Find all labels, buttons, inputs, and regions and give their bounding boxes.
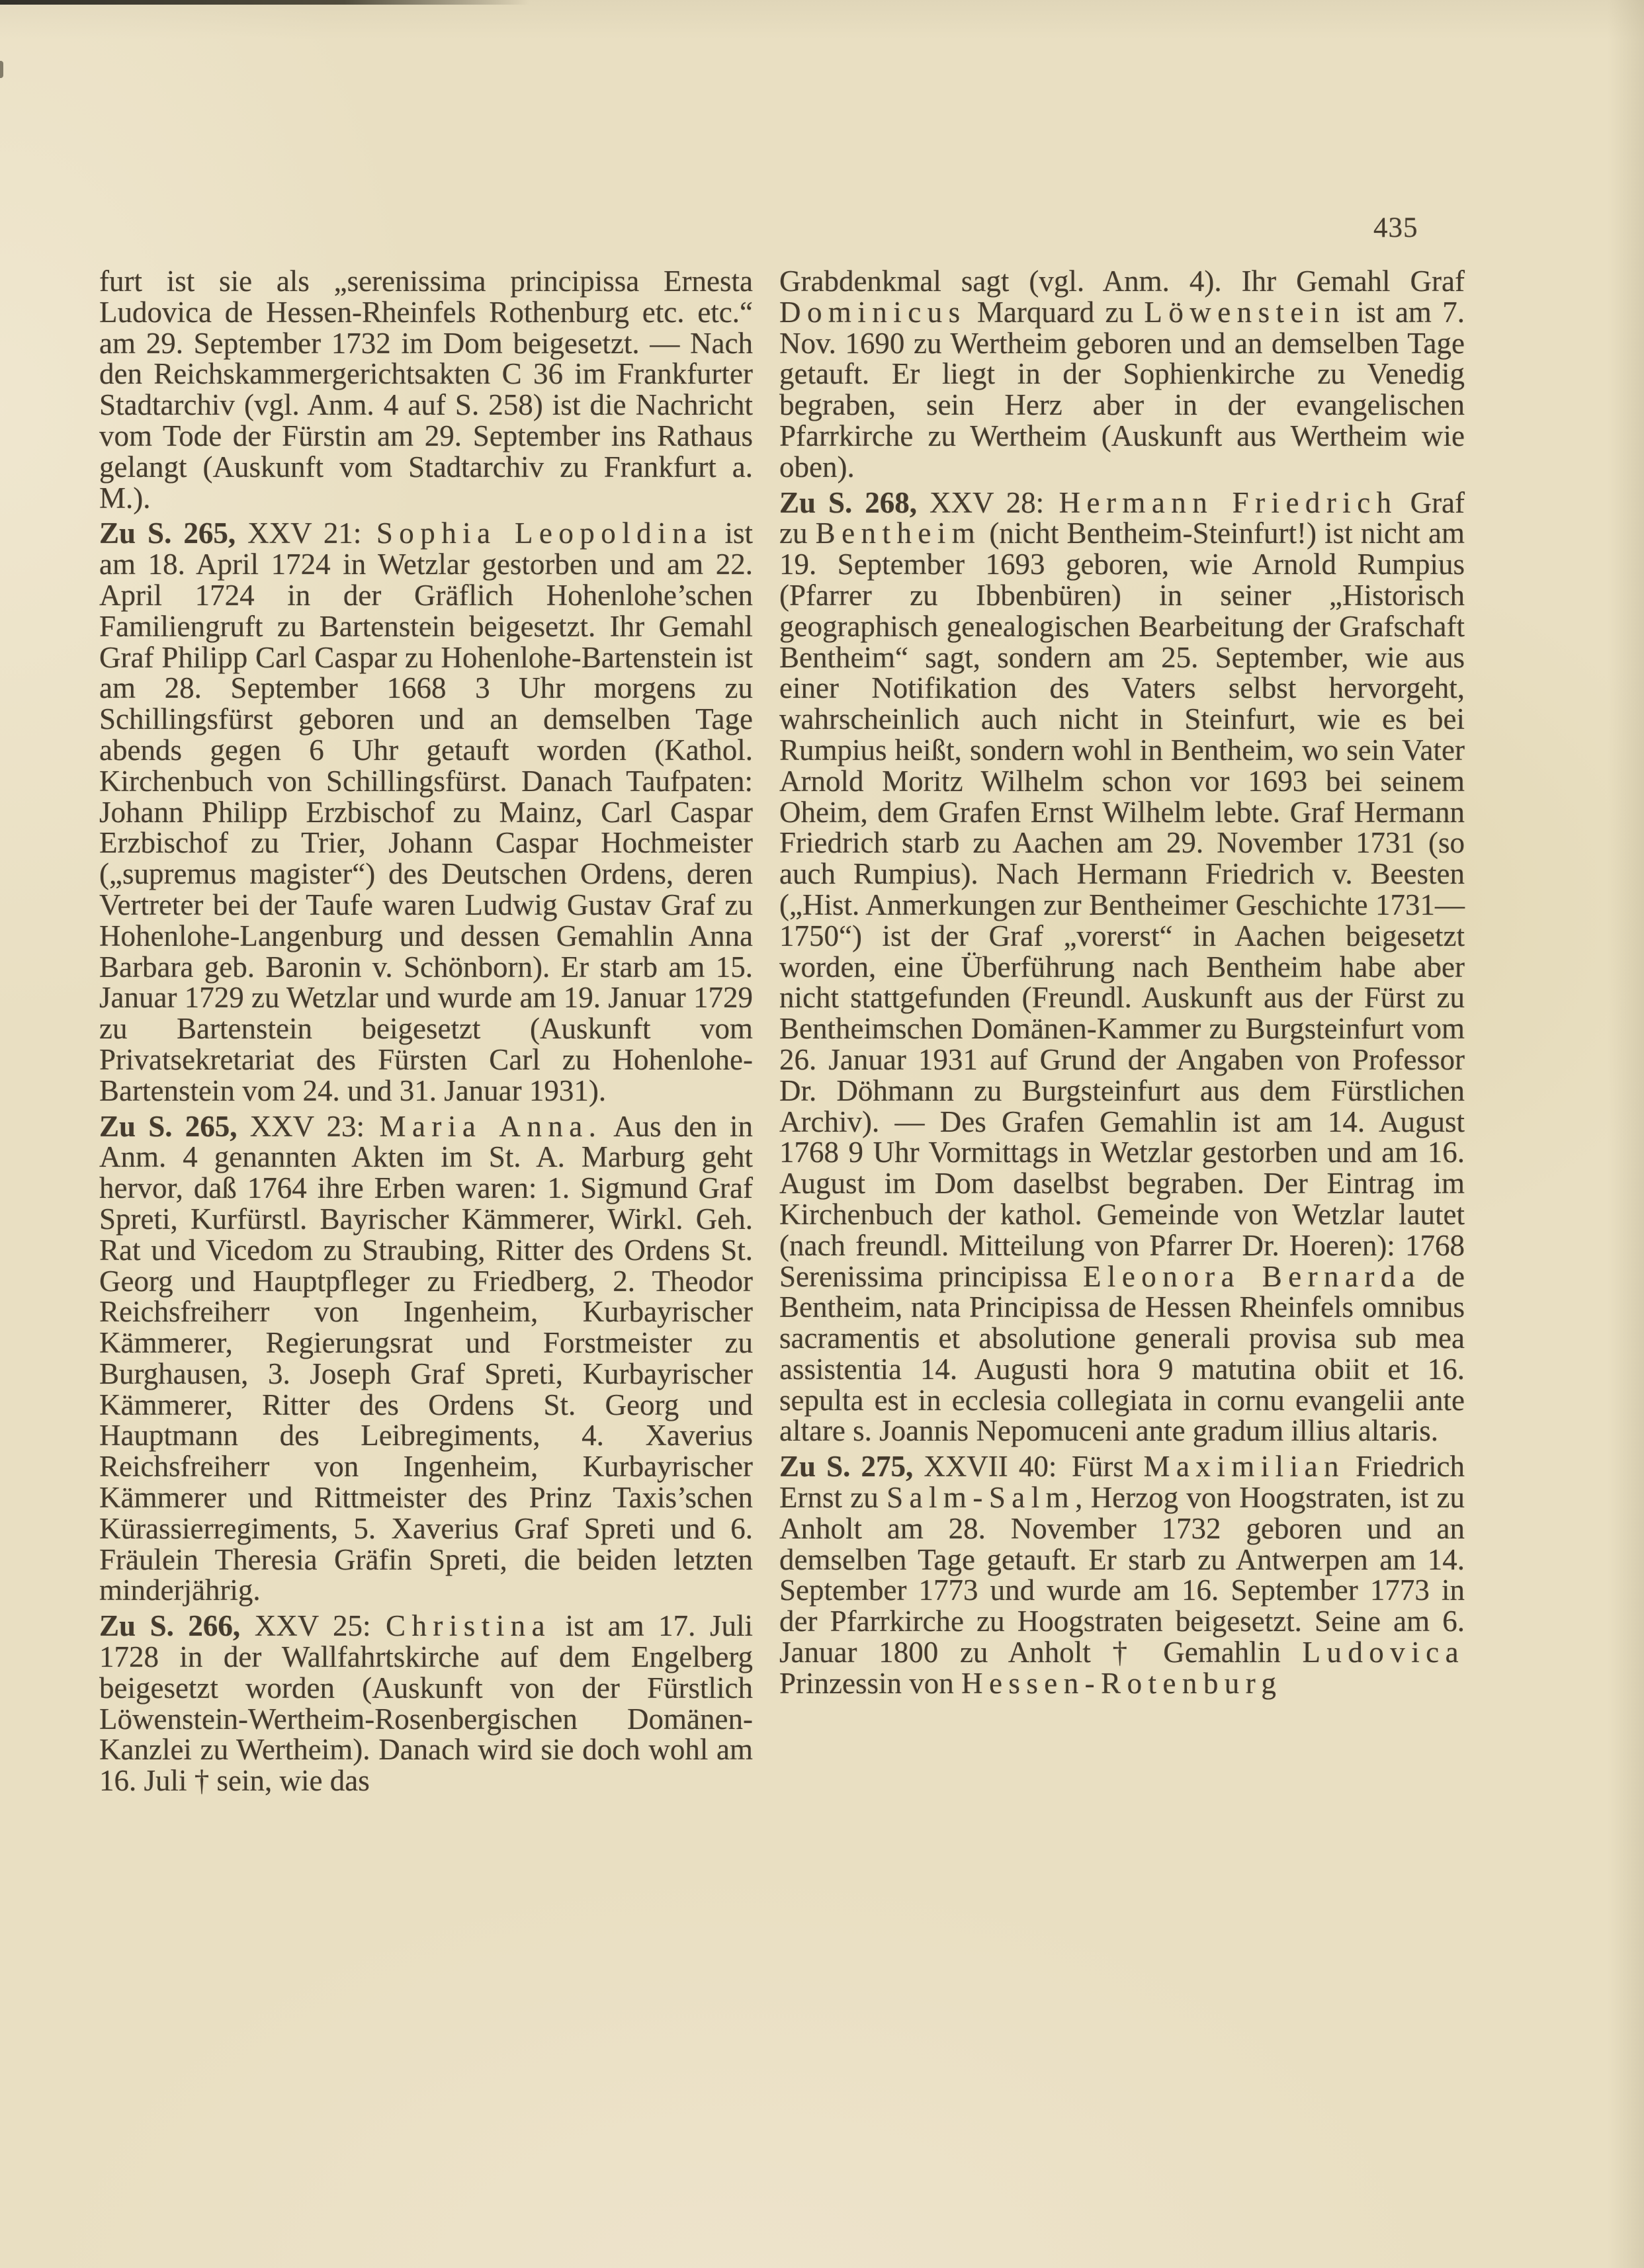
paragraph-text: Prinzessin von: [779, 1667, 961, 1700]
paragraph-text: furt ist sie als „serenissima principiss…: [99, 265, 753, 515]
person-name-spaced: Eleonora Bernarda: [1083, 1260, 1421, 1293]
paragraph-text: (nicht Bentheim-Steinfurt!) ist nicht am…: [779, 517, 1465, 1292]
paragraph: Zu S. 275, XXVII 40: Fürst Maximilian Fr…: [779, 1451, 1465, 1699]
left-column: furt ist sie als „serenissima principiss…: [99, 266, 753, 1796]
paragraph-text: Grabdenkmal sagt (vgl. Anm. 4). Ihr Gema…: [779, 265, 1465, 298]
book-page: 435 furt ist sie als „serenissima princi…: [0, 0, 1644, 2268]
paragraph-lead-bold: Zu S. 266,: [99, 1609, 240, 1642]
paragraph-lead-bold: Zu S. 275,: [779, 1450, 913, 1483]
right-column: Grabdenkmal sagt (vgl. Anm. 4). Ihr Gema…: [779, 266, 1465, 1796]
paragraph-text: ist am 18. April 1724 in Wetzlar gestorb…: [99, 517, 753, 1107]
person-name-spaced: Sophia Leopoldina: [376, 517, 713, 550]
person-name-spaced: Ludovica: [1302, 1636, 1465, 1669]
scan-top-edge-artifact: [0, 0, 529, 5]
person-name-spaced: Bentheim: [816, 517, 982, 550]
person-name-spaced: Hessen-Rotenburg: [961, 1667, 1282, 1700]
person-name-spaced: Maria Anna.: [380, 1110, 603, 1143]
paragraph-lead-bold: Zu S. 265,: [99, 517, 236, 550]
person-name-spaced: Salm-Salm: [887, 1481, 1075, 1514]
paragraph: Zu S. 266, XXV 25: Christina ist am 17. …: [99, 1611, 753, 1796]
paragraph-text: XXVII 40: Fürst: [913, 1450, 1143, 1483]
paragraph-lead-bold: Zu S. 265,: [99, 1110, 237, 1143]
person-name-spaced: Maximilian: [1143, 1450, 1344, 1483]
paragraph-text: XXV 25:: [240, 1609, 386, 1642]
paragraph: Zu S. 265, XXV 21: Sophia Leopoldina ist…: [99, 518, 753, 1106]
text-columns: furt ist sie als „serenissima principiss…: [99, 266, 1465, 1796]
person-name-spaced: Dominicus: [779, 296, 967, 329]
paragraph-lead-bold: Zu S. 268,: [779, 486, 917, 519]
paragraph: furt ist sie als „serenissima principiss…: [99, 266, 753, 513]
person-name-spaced: Löwenstein: [1144, 296, 1345, 329]
paragraph-text: Aus den in Anm. 4 genannten Akten im St.…: [99, 1110, 753, 1607]
person-name-spaced: Hermann Friedrich: [1059, 486, 1398, 519]
person-name-spaced: Christina: [386, 1609, 551, 1642]
paragraph-text: XXV 28:: [917, 486, 1059, 519]
paragraph-text: XXV 21:: [236, 517, 376, 550]
paragraph-text: Marquard zu: [967, 296, 1145, 329]
paragraph: Zu S. 265, XXV 23: Maria Anna. Aus den i…: [99, 1111, 753, 1607]
page-number: 435: [1373, 212, 1418, 244]
paragraph: Grabdenkmal sagt (vgl. Anm. 4). Ihr Gema…: [779, 266, 1465, 483]
scan-left-edge-artifact: [0, 61, 3, 78]
paragraph: Zu S. 268, XXV 28: Hermann Friedrich Gra…: [779, 487, 1465, 1447]
paragraph-text: XXV 23:: [237, 1110, 379, 1143]
